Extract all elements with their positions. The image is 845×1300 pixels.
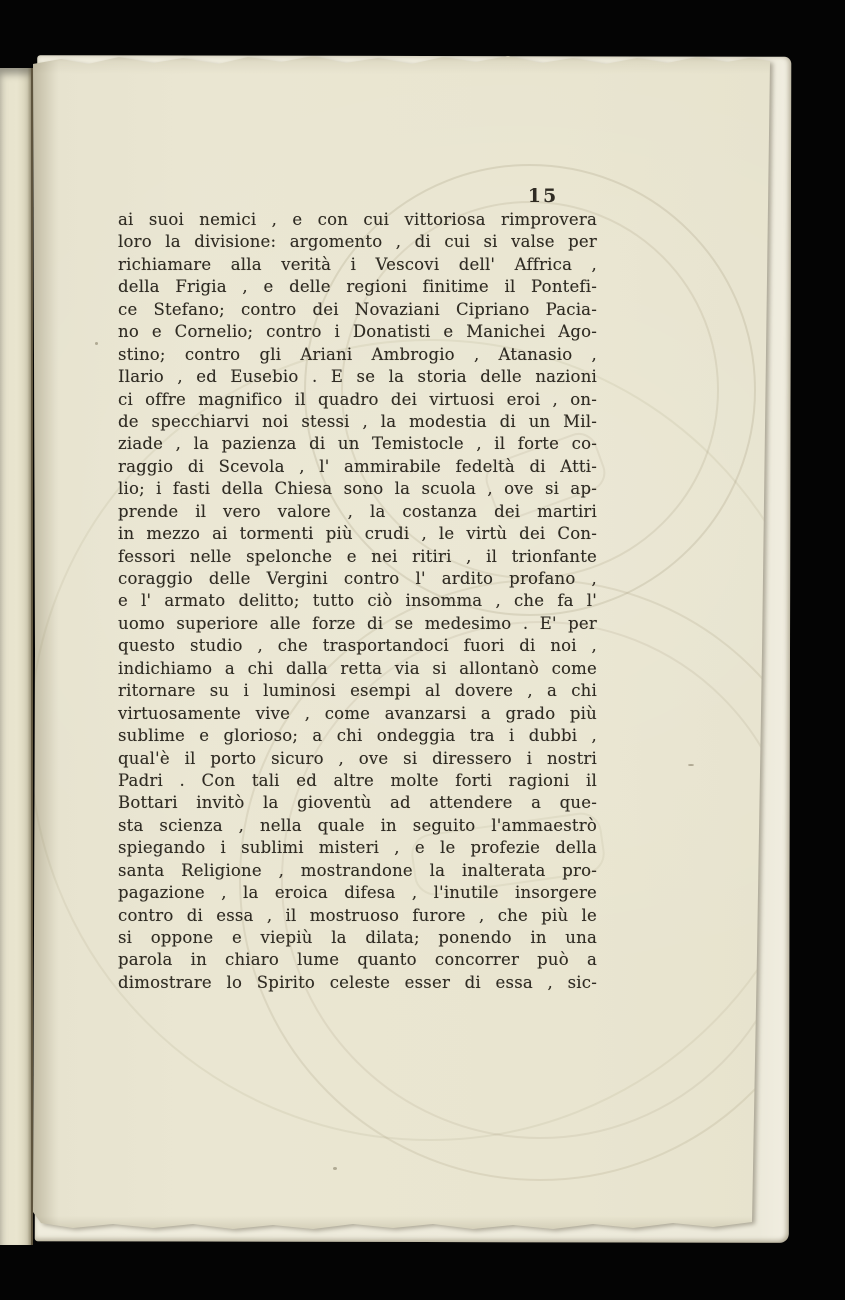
text-line: de specchiarvi noi stessi , la modestia … xyxy=(118,411,597,433)
text-line: sta scienza , nella quale in seguito l'a… xyxy=(118,815,597,837)
text-line: coraggio delle Vergini contro l' ardito … xyxy=(118,568,597,590)
text-line: dimostrare lo Spirito celeste esser di e… xyxy=(118,972,597,994)
paper-speck xyxy=(95,342,98,345)
page-text: ai suoi nemici , e con cui vittoriosa ri… xyxy=(118,209,597,994)
text-line: loro la divisione: argomento , di cui si… xyxy=(118,231,597,253)
paper-speck xyxy=(688,764,694,766)
text-line: Padri . Con tali ed altre molte forti ra… xyxy=(118,770,597,792)
text-line: parola in chiaro lume quanto concorrer p… xyxy=(118,949,597,971)
text-line: indichiamo a chi dalla retta via si allo… xyxy=(118,658,597,680)
text-line: della Frigia , e delle regioni finitime … xyxy=(118,276,597,298)
text-line: santa Religione , mostrandone la inalter… xyxy=(118,860,597,882)
paper-speck xyxy=(333,1167,337,1170)
text-line: in mezzo ai tormenti più crudi , le virt… xyxy=(118,523,597,545)
text-line: si oppone e viepiù la dilata; ponendo in… xyxy=(118,927,597,949)
text-line: uomo superiore alle forze di se medesimo… xyxy=(118,613,597,635)
text-line: fessori nelle spelonche e nei ritiri , i… xyxy=(118,546,597,568)
text-line: pagazione , la eroica difesa , l'inutile… xyxy=(118,882,597,904)
text-line: ritornare su i luminosi esempi al dovere… xyxy=(118,680,597,702)
text-line: prende il vero valore , la costanza dei … xyxy=(118,501,597,523)
book-page: 15 ai suoi nemici , e con cui vittoriosa… xyxy=(33,52,773,1230)
text-line: questo studio , che trasportandoci fuori… xyxy=(118,635,597,657)
text-line: richiamare alla verità i Vescovi dell' A… xyxy=(118,254,597,276)
page-number: 15 xyxy=(503,185,583,207)
text-line: Ilario , ed Eusebio . E se la storia del… xyxy=(118,366,597,388)
text-line: ci offre magnifico il quadro dei virtuos… xyxy=(118,389,597,411)
text-line: sublime e glorioso; a chi ondeggia tra i… xyxy=(118,725,597,747)
text-line: ziade , la pazienza di un Temistocle , i… xyxy=(118,433,597,455)
text-line: stino; contro gli Ariani Ambrogio , Atan… xyxy=(118,344,597,366)
text-line: no e Cornelio; contro i Donatisti e Mani… xyxy=(118,321,597,343)
text-line: spiegando i sublimi misteri , e le profe… xyxy=(118,837,597,859)
text-line: Bottari invitò la gioventù ad attendere … xyxy=(118,792,597,814)
text-line: raggio di Scevola , l' ammirabile fedelt… xyxy=(118,456,597,478)
page-shadow: 15 ai suoi nemici , e con cui vittoriosa… xyxy=(33,52,773,1230)
text-line: contro di essa , il mostruoso furore , c… xyxy=(118,905,597,927)
gutter-page-edge xyxy=(0,68,33,1245)
book-scan: 15 ai suoi nemici , e con cui vittoriosa… xyxy=(0,0,845,1300)
text-line: e l' armato delitto; tutto ciò insomma ,… xyxy=(118,590,597,612)
text-line: ce Stefano; contro dei Novaziani Ciprian… xyxy=(118,299,597,321)
text-line: lio; i fasti della Chiesa sono la scuola… xyxy=(118,478,597,500)
text-line: qual'è il porto sicuro , ove si diresser… xyxy=(118,748,597,770)
text-line: virtuosamente vive , come avanzarsi a gr… xyxy=(118,703,597,725)
text-line: ai suoi nemici , e con cui vittoriosa ri… xyxy=(118,209,597,231)
